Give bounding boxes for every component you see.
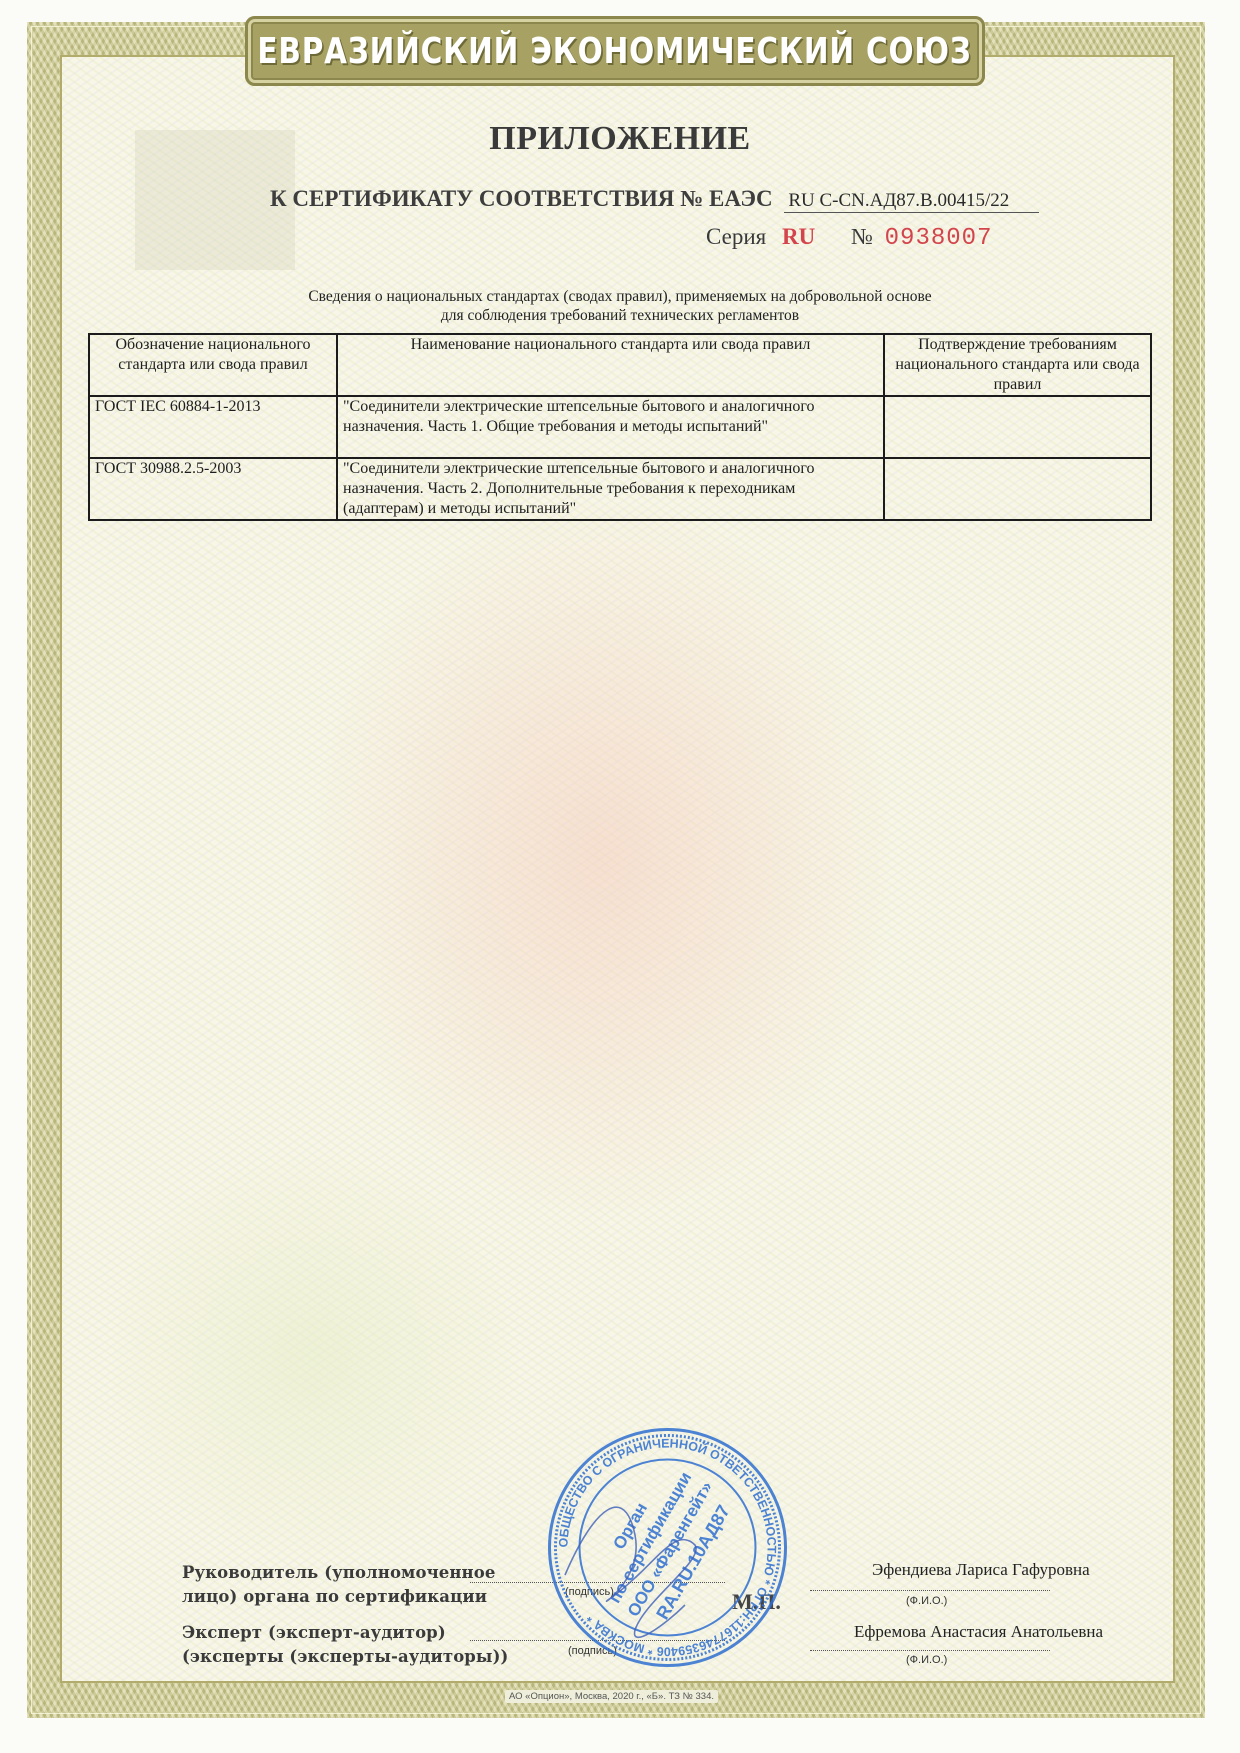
row-confirmation — [884, 396, 1151, 458]
certificate-number: RU С-CN.АД87.В.00415/22 — [784, 190, 1039, 213]
row-designation: ГОСТ 30988.2.5-2003 — [89, 458, 337, 520]
row-name: "Соединители электрические штепсельные б… — [337, 396, 884, 458]
row-name: "Соединители электрические штепсельные б… — [337, 458, 884, 520]
certificate-line: К СЕРТИФИКАТУ СООТВЕТСТВИЯ № ЕАЭС RU С-C… — [270, 186, 1039, 213]
expert-fio-caption: (Ф.И.О.) — [906, 1654, 947, 1666]
intro-line-1: Сведения о национальных стандартах (свод… — [0, 287, 1240, 306]
printer-imprint: АО «Опцион», Москва, 2020 г., «Б». ТЗ № … — [505, 1690, 718, 1703]
head-fio-caption: (Ф.И.О.) — [906, 1595, 947, 1607]
series-label: Серия — [706, 224, 766, 249]
union-banner: ЕВРАЗИЙСКИЙ ЭКОНОМИЧЕСКИЙ СОЮЗ — [245, 16, 985, 86]
header-confirmation: Подтверждение требованиям национального … — [884, 334, 1151, 396]
page-title: ПРИЛОЖЕНИЕ — [0, 120, 1240, 158]
intro-text: Сведения о национальных стандартах (свод… — [0, 287, 1240, 325]
expert-name: Ефремова Анастасия Анатольевна — [854, 1622, 1103, 1642]
expert-fio-line — [810, 1650, 1050, 1651]
table-row: ГОСТ IEC 60884-1-2013 "Соединители элект… — [89, 396, 1151, 458]
series-line: Серия RU № 0938007 — [706, 224, 992, 252]
form-number: 0938007 — [885, 225, 993, 252]
certification-stamp-icon: ОБЩЕСТВО С ОГРАНИЧЕННОЙ ОТВЕТСТВЕННОСТЬЮ… — [545, 1425, 790, 1670]
union-name: ЕВРАЗИЙСКИЙ ЭКОНОМИЧЕСКИЙ СОЮЗ — [258, 31, 972, 72]
certificate-prefix: К СЕРТИФИКАТУ СООТВЕТСТВИЯ № ЕАЭС — [270, 186, 773, 211]
series-code: RU — [782, 224, 815, 249]
head-fio-line — [810, 1590, 1050, 1591]
row-designation: ГОСТ IEC 60884-1-2013 — [89, 396, 337, 458]
header-name: Наименование национального стандарта или… — [337, 334, 884, 396]
head-name: Эфендиева Лариса Гафуровна — [872, 1560, 1090, 1580]
table-row: ГОСТ 30988.2.5-2003 "Соединители электри… — [89, 458, 1151, 520]
intro-line-2: для соблюдения требований технических ре… — [0, 306, 1240, 325]
head-label: Руководитель (уполномоченное лицо) орган… — [182, 1561, 495, 1609]
standards-table: Обозначение национального стандарта или … — [88, 333, 1152, 521]
header-designation: Обозначение национального стандарта или … — [89, 334, 337, 396]
number-label: № — [851, 224, 873, 249]
row-confirmation — [884, 458, 1151, 520]
expert-label: Эксперт (эксперт-аудитор) (эксперты (экс… — [182, 1621, 508, 1669]
table-header-row: Обозначение национального стандарта или … — [89, 334, 1151, 396]
